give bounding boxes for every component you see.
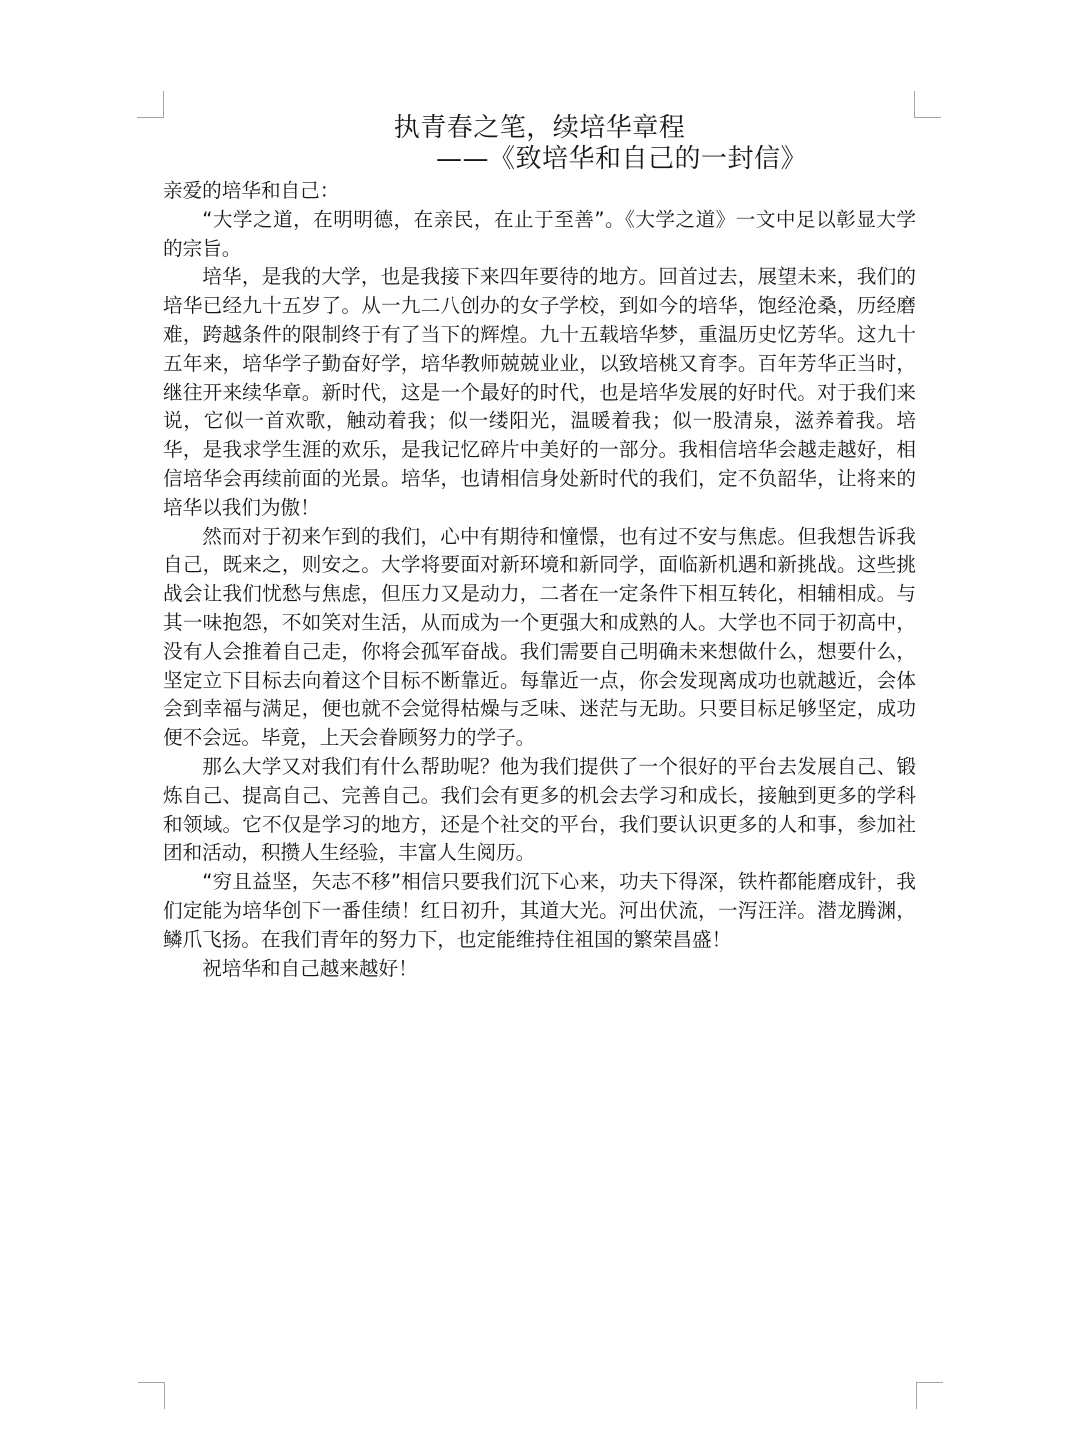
letter-text-block: 亲爱的培华和自己： “大学之道，在明明德，在亲民，在止于至善”。《大学之道》一文… xyxy=(163,177,916,983)
letter-paragraph: “大学之道，在明明德，在亲民，在止于至善”。《大学之道》一文中足以彰显大学的宗旨… xyxy=(163,206,916,264)
crop-mark-top-left-icon xyxy=(137,91,164,118)
crop-mark-bottom-right-icon xyxy=(916,1382,943,1409)
letter-salutation: 亲爱的培华和自己： xyxy=(163,177,916,206)
letter-paragraph: 培华，是我的大学，也是我接下来四年要待的地方。回首过去，展望未来，我们的培华已经… xyxy=(163,263,916,522)
letter-paragraph: “穷且益坚，矢志不移”相信只要我们沉下心来，功夫下得深，铁杵都能磨成针，我们定能… xyxy=(163,868,916,954)
crop-mark-bottom-left-icon xyxy=(138,1382,165,1409)
crop-mark-top-right-icon xyxy=(914,91,941,118)
letter-subtitle: ——《致培华和自己的一封信》 xyxy=(245,144,998,175)
letter-paragraph: 那么大学又对我们有什么帮助呢？他为我们提供了一个很好的平台去发展自己、锻炼自己、… xyxy=(163,753,916,868)
document-page: 执青春之笔，续培华章程 ——《致培华和自己的一封信》 亲爱的培华和自己： “大学… xyxy=(0,0,1080,1452)
letter-body: 执青春之笔，续培华章程 ——《致培华和自己的一封信》 亲爱的培华和自己： “大学… xyxy=(163,112,916,983)
letter-paragraph: 然而对于初来乍到的我们，心中有期待和憧憬，也有过不安与焦虑。但我想告诉我自己，既… xyxy=(163,523,916,753)
letter-closing: 祝培华和自己越来越好！ xyxy=(163,955,916,984)
letter-title: 执青春之笔，续培华章程 xyxy=(163,112,916,144)
